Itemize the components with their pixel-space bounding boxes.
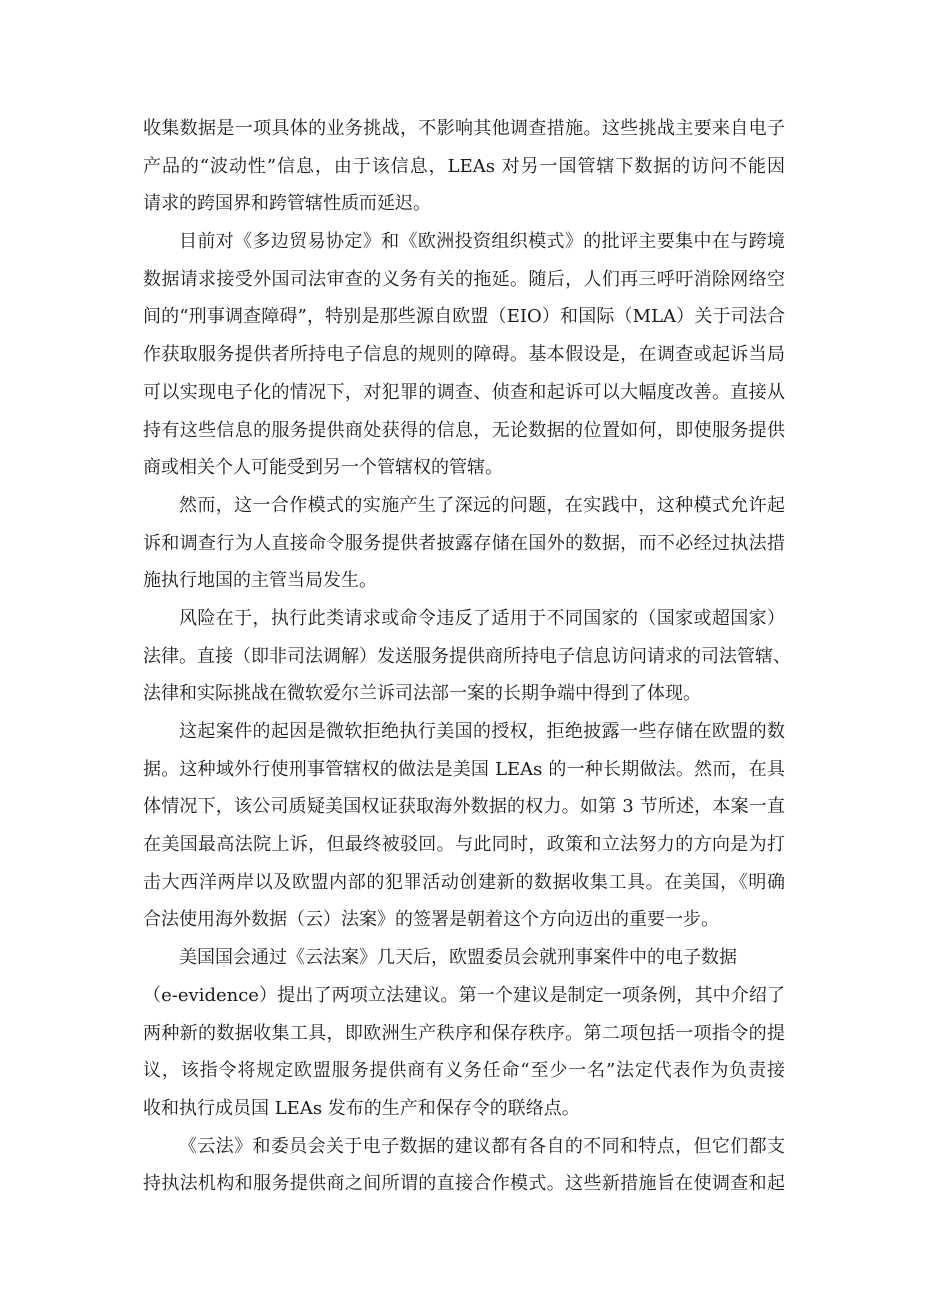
text-line: 持执法机构和服务提供商之间所谓的直接合作模式。这些新措施旨在使调查和起 bbox=[143, 1165, 785, 1203]
text-line: （e-evidence）提出了两项立法建议。第一个建议是制定一项条例，其中介绍了 bbox=[143, 977, 785, 1015]
text-line: 两种新的数据收集工具，即欧洲生产秩序和保存秩序。第二项包括一项指令的提 bbox=[143, 1015, 785, 1053]
text-line: 作获取服务提供者所持电子信息的规则的障碍。基本假设是，在调查或起诉当局 bbox=[143, 336, 785, 374]
text-line: 施执行地国的主管当局发生。 bbox=[143, 562, 785, 600]
text-line: 持有这些信息的服务提供商处获得的信息，无论数据的位置如何，即使服务提供 bbox=[143, 412, 785, 450]
text-line: 在美国最高法院上诉，但最终被驳回。与此同时，政策和立法努力的方向是为打 bbox=[143, 826, 785, 864]
text-line: 诉和调查行为人直接命令服务提供者披露存储在国外的数据，而不必经过执法措 bbox=[143, 525, 785, 563]
text-line: 间的“刑事调查障碍”，特别是那些源自欧盟（EIO）和国际（MLA）关于司法合 bbox=[143, 298, 785, 336]
paragraph-first-line: 美国国会通过《云法案》几天后，欧盟委员会就刑事案件中的电子数据 bbox=[143, 939, 785, 977]
paragraph-first-line: 这起案件的起因是微软拒绝执行美国的授权，拒绝披露一些存储在欧盟的数 bbox=[143, 713, 785, 751]
paragraph-first-line: 《云法》和委员会关于电子数据的建议都有各自的不同和特点，但它们都支 bbox=[143, 1128, 785, 1166]
text-line: 产品的“波动性”信息，由于该信息，LEAs 对另一国管辖下数据的访问不能因 bbox=[143, 148, 785, 186]
paragraph-first-line: 目前对《多边贸易协定》和《欧洲投资组织模式》的批评主要集中在与跨境 bbox=[143, 223, 785, 261]
text-line: 请求的跨国界和跨管辖性质而延迟。 bbox=[143, 185, 785, 223]
text-line: 合法使用海外数据（云）法案》的签署是朝着这个方向迈出的重要一步。 bbox=[143, 901, 785, 939]
text-line: 据。这种域外行使刑事管辖权的做法是美国 LEAs 的一种长期做法。然而，在具 bbox=[143, 751, 785, 789]
text-line: 可以实现电子化的情况下，对犯罪的调查、侦查和起诉可以大幅度改善。直接从 bbox=[143, 374, 785, 412]
text-line: 击大西洋两岸以及欧盟内部的犯罪活动创建新的数据收集工具。在美国，《明确 bbox=[143, 864, 785, 902]
text-line: 收集数据是一项具体的业务挑战，不影响其他调查措施。这些挑战主要来自电子 bbox=[143, 110, 785, 148]
paragraph-first-line: 风险在于，执行此类请求或命令违反了适用于不同国家的（国家或超国家） bbox=[143, 600, 785, 638]
text-line: 数据请求接受外国司法审查的义务有关的拖延。随后，人们再三呼吁消除网络空 bbox=[143, 261, 785, 299]
body-text: 收集数据是一项具体的业务挑战，不影响其他调查措施。这些挑战主要来自电子产品的“波… bbox=[143, 110, 785, 1203]
text-line: 法律。直接（即非司法调解）发送服务提供商所持电子信息访问请求的司法管辖、 bbox=[143, 638, 785, 676]
text-line: 体情况下，该公司质疑美国权证获取海外数据的权力。如第 3 节所述，本案一直 bbox=[143, 788, 785, 826]
text-line: 议，该指令将规定欧盟服务提供商有义务任命“至少一名”法定代表作为负责接 bbox=[143, 1052, 785, 1090]
text-line: 商或相关个人可能受到另一个管辖权的管辖。 bbox=[143, 449, 785, 487]
document-page: 收集数据是一项具体的业务挑战，不影响其他调查措施。这些挑战主要来自电子产品的“波… bbox=[0, 0, 926, 1309]
text-line: 法律和实际挑战在微软爱尔兰诉司法部一案的长期争端中得到了体现。 bbox=[143, 675, 785, 713]
paragraph-first-line: 然而，这一合作模式的实施产生了深远的问题，在实践中，这种模式允许起 bbox=[143, 487, 785, 525]
text-line: 收和执行成员国 LEAs 发布的生产和保存令的联络点。 bbox=[143, 1090, 785, 1128]
